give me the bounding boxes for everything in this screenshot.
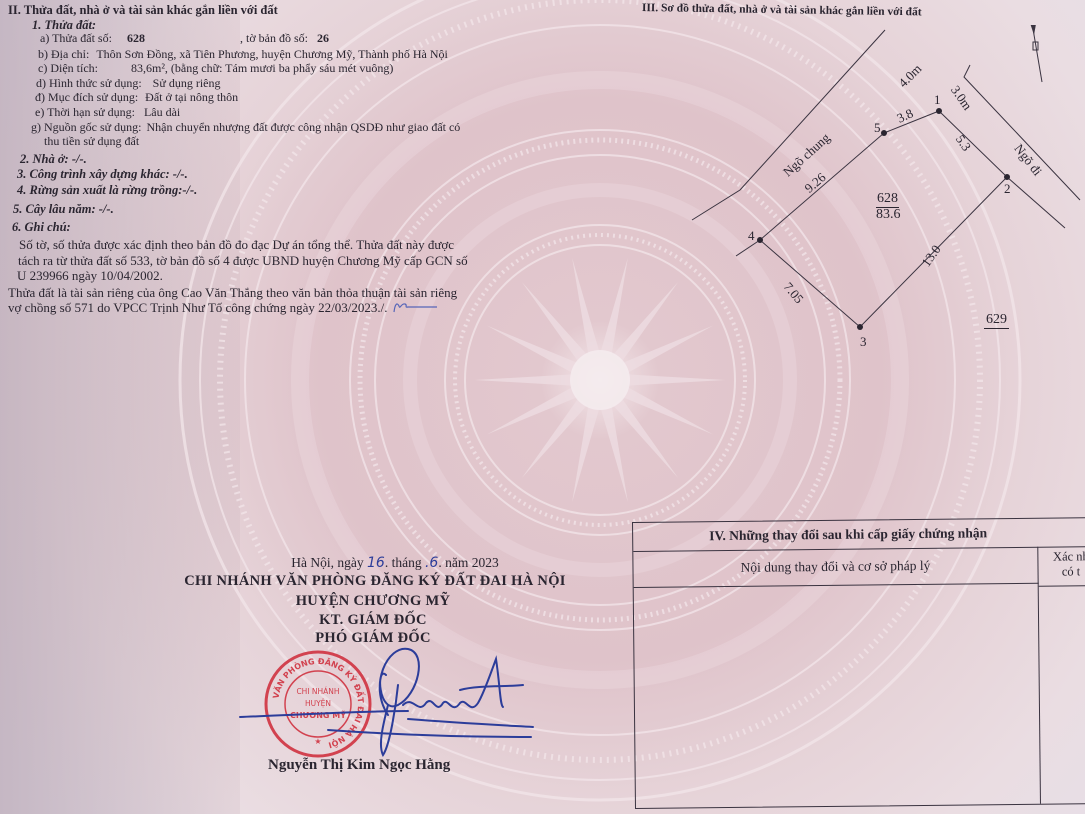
address-label: b) Địa chỉ: (38, 47, 89, 61)
initials-icon (391, 300, 441, 314)
note-text: vợ chồng số 571 do VPCC Trịnh Như Tố côn… (8, 300, 387, 315)
purpose-row: đ) Mục đích sử dụng: Đất ở tại nông thôn (35, 91, 238, 105)
use-form-label: d) Hình thức sử dụng: (36, 76, 142, 90)
parcel-label: a) Thửa đất số: (40, 31, 112, 45)
address-value: Thôn Sơn Đồng, xã Tiên Phương, huyện Chư… (96, 47, 448, 61)
notes-heading: 6. Ghi chú: (12, 220, 71, 234)
term-value: Lâu dài (144, 105, 180, 119)
section-3-heading: III. Sơ đồ thửa đất, nhà ở và tài sản kh… (642, 2, 922, 20)
origin-value: Nhận chuyển nhượng đất được công nhận QS… (147, 120, 461, 134)
note-line: U 239966 ngày 10/04/2002. (17, 268, 163, 284)
vertex-4-label: 4 (748, 228, 755, 244)
origin-label: g) Nguồn gốc sử dụng: (31, 120, 142, 134)
section-2-heading: II. Thửa đất, nhà ở và tài sản khác gắn … (8, 3, 278, 17)
area-row: c) Diện tích: 83,6m², (bằng chữ: Tám mươ… (38, 62, 393, 76)
origin-value-cont: thu tiền sử dụng đất (44, 135, 139, 149)
signer-role: KT. GIÁM ĐỐC (319, 612, 427, 629)
forest-row: 4. Rừng sản xuất là rừng trồng:-/-. (17, 183, 197, 197)
changes-col-divider (1038, 583, 1041, 804)
term-label: e) Thời hạn sử dụng: (35, 105, 135, 119)
origin-row: g) Nguồn gốc sử dụng: Nhận chuyển nhượng… (31, 121, 460, 135)
parcel-number: 628 (127, 31, 145, 45)
parcel-number-row: a) Thửa đất số: 628 (40, 32, 145, 46)
area-value: 83,6m², (bằng chữ: Tám mươi ba phẩy sáu … (131, 61, 393, 75)
signed-month: 6 (429, 555, 438, 571)
note-line: Số tờ, số thửa được xác định theo bản đồ… (19, 237, 454, 253)
month-label: tháng (392, 555, 422, 570)
certify-line-2: có t (1038, 564, 1085, 580)
purpose-label: đ) Mục đích sử dụng: (35, 90, 138, 104)
parcel-number-label: 628 (876, 191, 899, 208)
vertex-2-label: 2 (1004, 181, 1011, 197)
north-arrow-icon (1030, 25, 1036, 35)
map-sheet-label: , tờ bản đồ số: (240, 31, 308, 45)
changes-table: IV. Những thay đổi sau khi cấp giấy chứn… (632, 517, 1085, 809)
perennial-row: 5. Cây lâu năm: -/-. (13, 202, 114, 216)
place-date-prefix: Hà Nội, ngày (291, 555, 363, 570)
vertex-1-label: 1 (934, 92, 941, 108)
area-label: c) Diện tích: (38, 61, 98, 75)
org-name: CHI NHÁNH VĂN PHÒNG ĐĂNG KÝ ĐẤT ĐAI HÀ N… (184, 573, 565, 590)
note-line: Thửa đất là tài sản riêng của ông Cao Vă… (8, 285, 457, 301)
place-date: Hà Nội, ngày 16. tháng .6. năm 2023 (291, 555, 498, 571)
map-sheet-row: , tờ bản đồ số: 26 (240, 32, 329, 46)
note-line-last: vợ chồng số 571 do VPCC Trịnh Như Tố côn… (8, 300, 441, 316)
use-form-row: d) Hình thức sử dụng: Sử dụng riêng (36, 77, 221, 91)
north-arrow-line (1032, 25, 1042, 82)
changes-col-content: Nội dung thay đổi và cơ sở pháp lý (633, 547, 1038, 588)
signature-scrawl-icon (238, 645, 538, 760)
purpose-value: Đất ở tại nông thôn (145, 90, 238, 104)
year-label: năm 2023 (445, 555, 499, 570)
note-line: tách ra từ thửa đất số 533, tờ bản đồ số… (18, 253, 468, 269)
signed-day: 16 (367, 555, 385, 571)
neighbor-parcel-label: 629 (984, 312, 1009, 329)
parcel-area-label: 83.6 (876, 207, 901, 223)
use-form-value: Sử dụng riêng (153, 76, 221, 90)
house-row: 2. Nhà ở: -/-. (20, 152, 87, 166)
vertex-5-label: 5 (874, 120, 881, 136)
map-sheet-number: 26 (317, 31, 329, 45)
term-row: e) Thời hạn sử dụng: Lâu dài (35, 106, 180, 120)
signer-name: Nguyễn Thị Kim Ngọc Hằng (268, 757, 450, 774)
org-district: HUYỆN CHƯƠNG MỸ (296, 593, 451, 610)
certify-line-1: Xác nh (1038, 549, 1085, 565)
other-works-row: 3. Công trình xây dựng khác: -/-. (17, 167, 188, 181)
address-row: b) Địa chỉ: Thôn Sơn Đồng, xã Tiên Phươn… (38, 48, 448, 62)
vertex-3-label: 3 (860, 334, 867, 350)
changes-col-certify: Xác nh có t (1038, 546, 1085, 587)
